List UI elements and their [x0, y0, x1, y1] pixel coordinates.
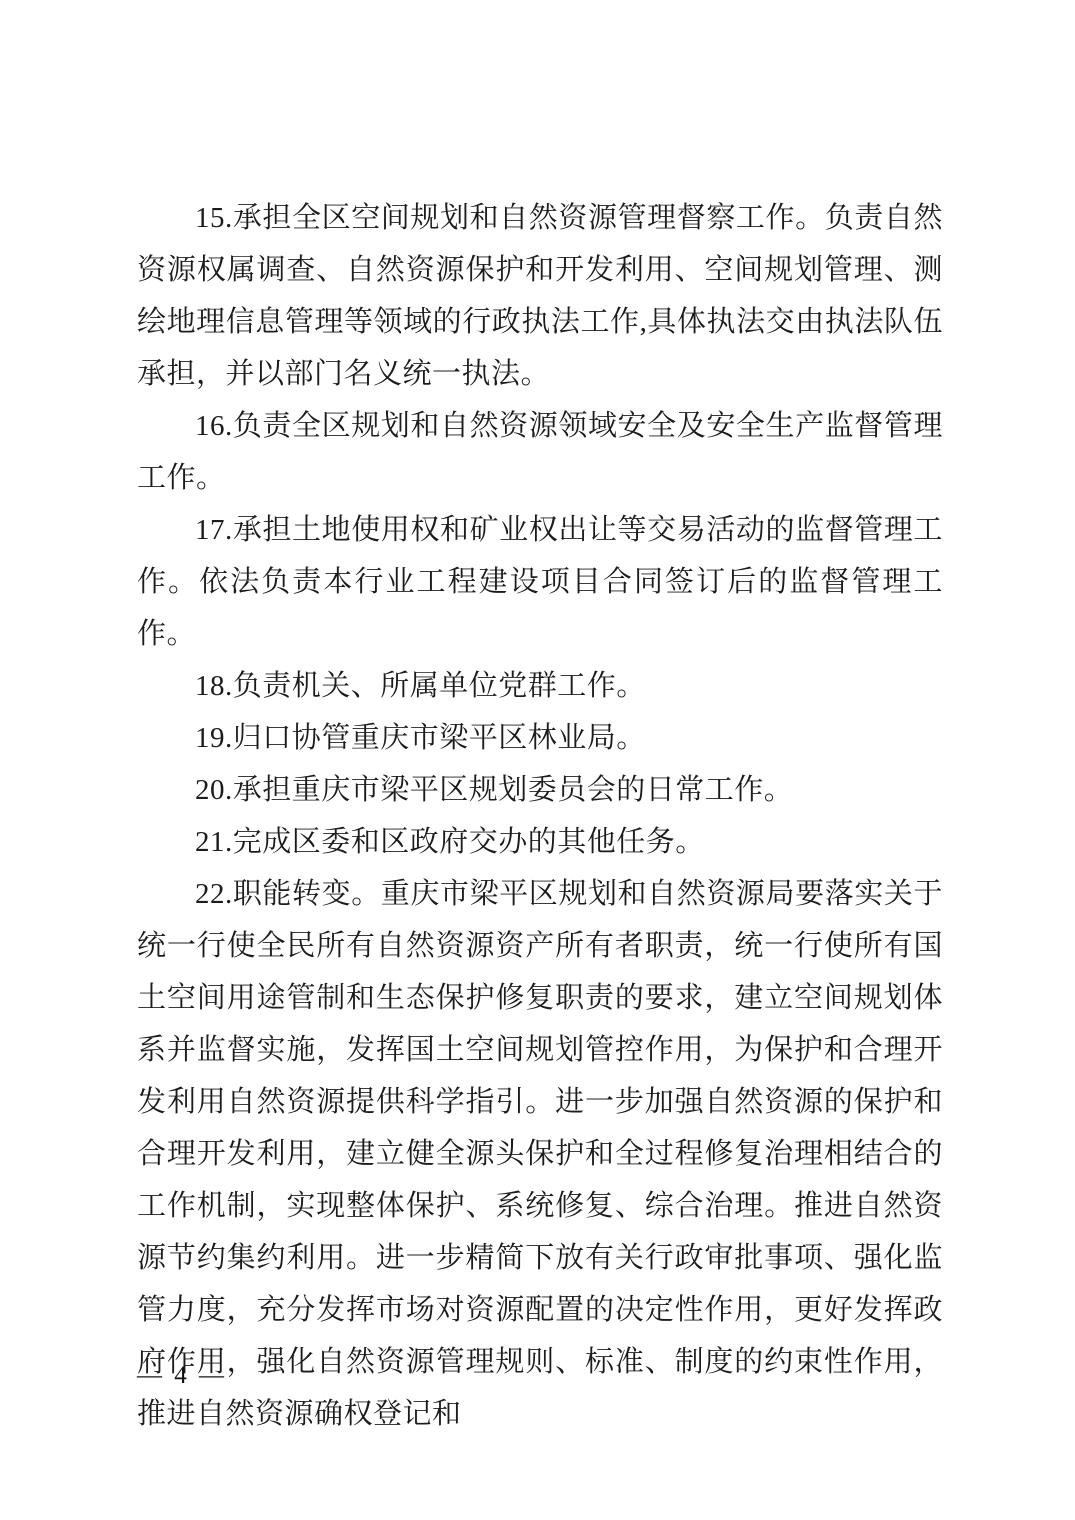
paragraph-item-19: 19.归口协管重庆市梁平区林业局。	[137, 712, 943, 764]
paragraph-item-15: 15.承担全区空间规划和自然资源管理督察工作。负责自然资源权属调查、自然资源保护…	[137, 192, 943, 400]
paragraph-item-21: 21.完成区委和区政府交办的其他任务。	[137, 816, 943, 868]
paragraph-item-16: 16.负责全区规划和自然资源领域安全及安全生产监督管理工作。	[137, 400, 943, 504]
page-number: — 4 —	[137, 1362, 227, 1390]
paragraph-item-22: 22.职能转变。重庆市梁平区规划和自然资源局要落实关于统一行使全民所有自然资源资…	[137, 868, 943, 1440]
document-page: 15.承担全区空间规划和自然资源管理督察工作。负责自然资源权属调查、自然资源保护…	[0, 0, 1075, 1520]
paragraph-item-17: 17.承担土地使用权和矿业权出让等交易活动的监督管理工作。依法负责本行业工程建设…	[137, 504, 943, 660]
paragraph-item-18: 18.负责机关、所属单位党群工作。	[137, 660, 943, 712]
document-body: 15.承担全区空间规划和自然资源管理督察工作。负责自然资源权属调查、自然资源保护…	[137, 192, 943, 1440]
paragraph-item-20: 20.承担重庆市梁平区规划委员会的日常工作。	[137, 764, 943, 816]
